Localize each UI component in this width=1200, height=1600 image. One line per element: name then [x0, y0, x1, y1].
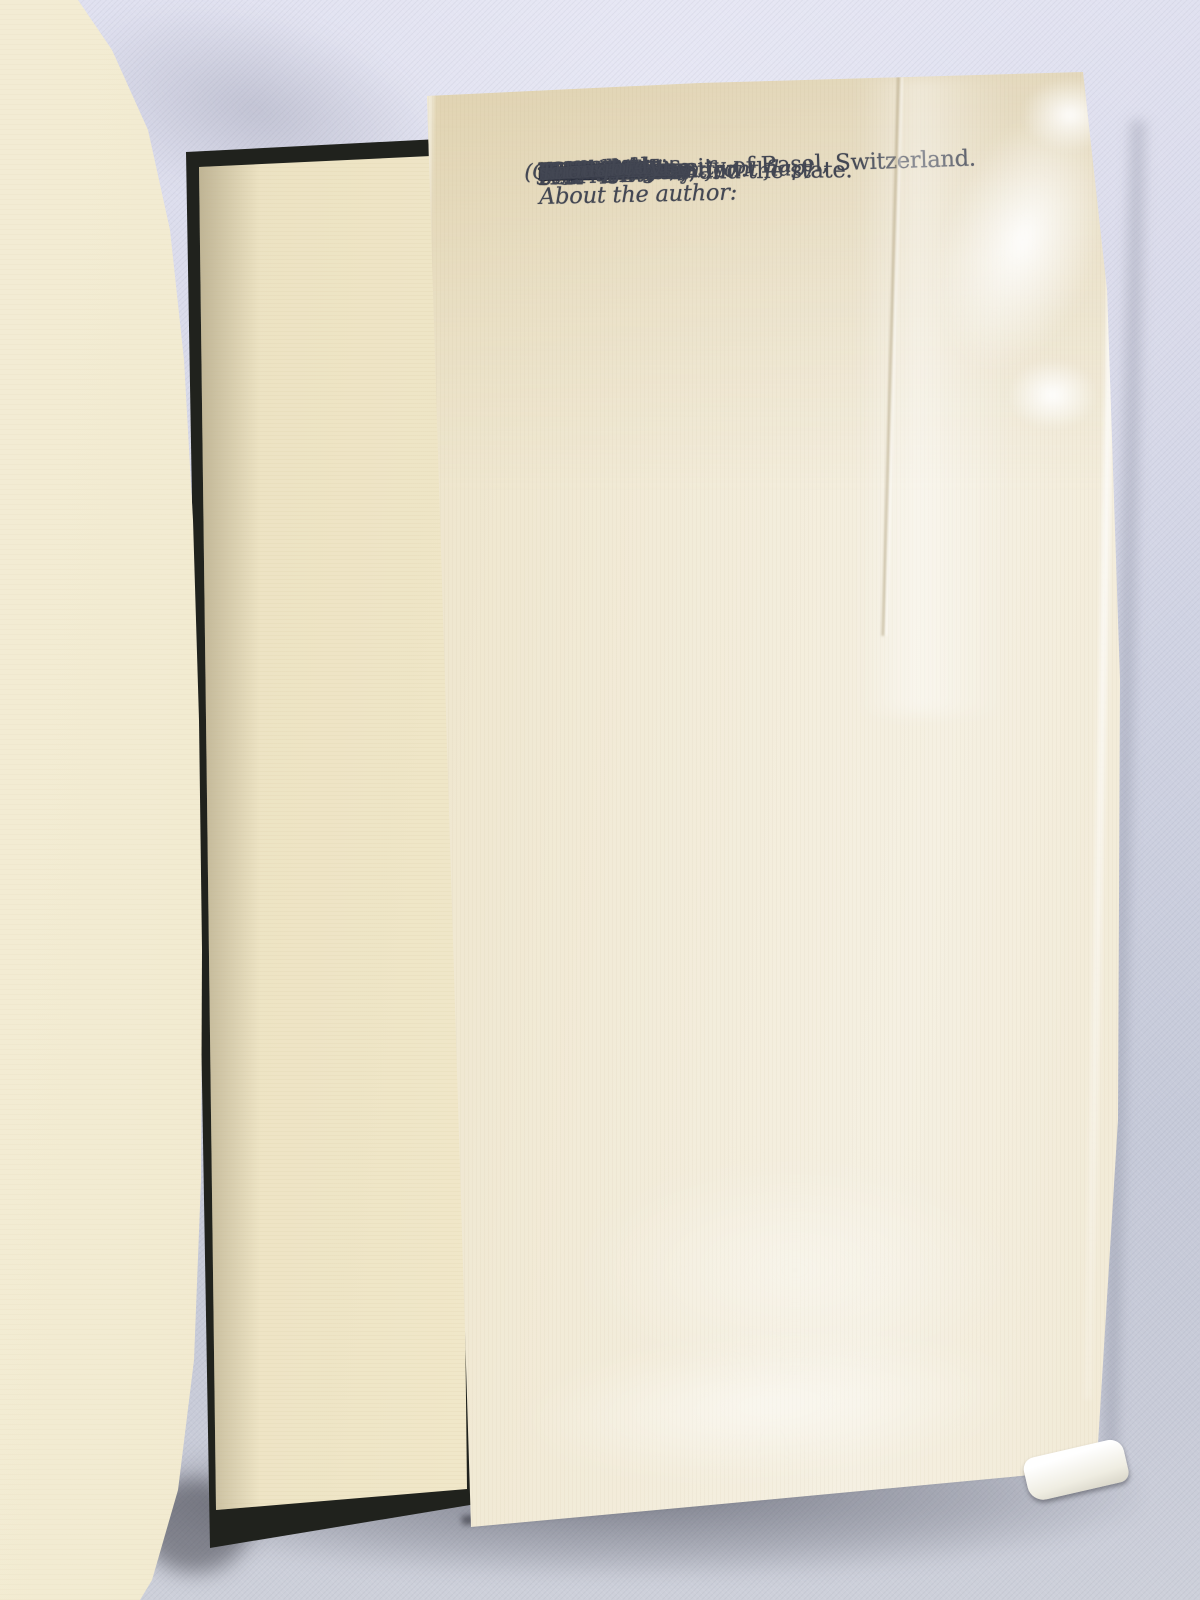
- flap-top-tan-tone: [420, 60, 1125, 490]
- book-photo: (Continued from front flap) thelogicbehi…: [0, 0, 1200, 1600]
